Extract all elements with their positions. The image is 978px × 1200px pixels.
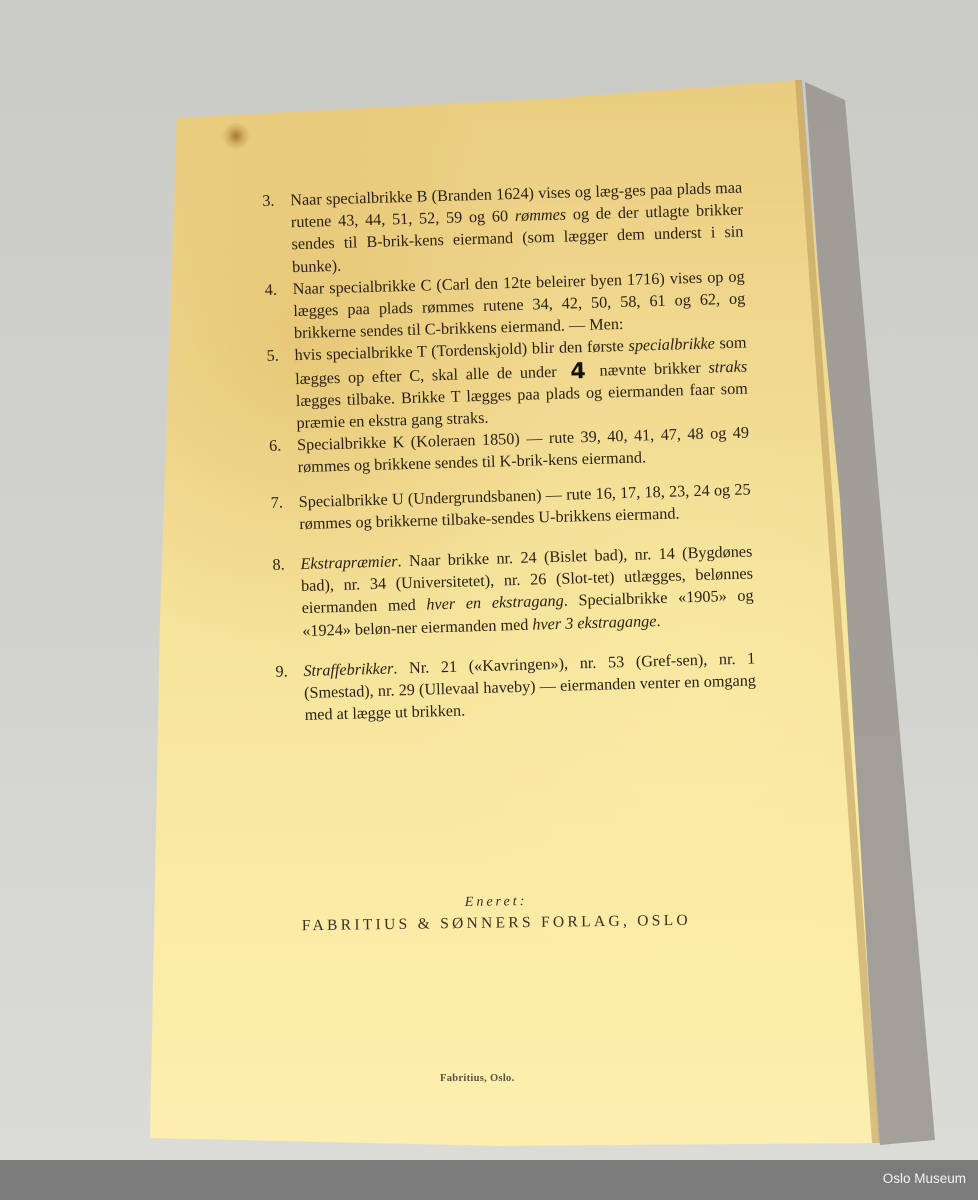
- rule-text: Naar specialbrikke C (Carl den 12te bele…: [292, 265, 746, 344]
- rule-3: 3. Naar specialbrikke B (Branden 1624) v…: [262, 177, 744, 279]
- text-run: .: [656, 612, 661, 630]
- text-run: Naar specialbrikke C (Carl den 12te bele…: [293, 267, 746, 342]
- text-run: nævnte brikker: [591, 358, 708, 379]
- rule-number: 5.: [266, 345, 296, 436]
- rule-text: Naar specialbrikke B (Branden 1624) vise…: [290, 177, 744, 278]
- rule-text: Straffebrikker. Nr. 21 («Kavringen»), nr…: [303, 647, 757, 726]
- italic-text: hver 3 ekstragange: [532, 612, 657, 633]
- italic-text: Ekstrapræmier: [300, 552, 398, 573]
- rule-number: 6.: [269, 434, 298, 479]
- italic-text: specialbrikke: [628, 335, 715, 355]
- imprint: Eneret: FABRITIUS & SØNNERS FORLAG, OSLO: [246, 891, 746, 936]
- rule-8: 8. Ekstrapræmier. Naar brikke nr. 24 (Bi…: [272, 541, 754, 643]
- rule-number: 3.: [262, 189, 292, 279]
- rule-text: Ekstrapræmier. Naar brikke nr. 24 (Bisle…: [300, 541, 754, 642]
- rule-number: 7.: [270, 491, 299, 536]
- museum-credit: Oslo Museum: [883, 1171, 966, 1186]
- rule-9: 9. Straffebrikker. Nr. 21 («Kavringen»),…: [275, 647, 757, 727]
- italic-text: rømmes: [515, 206, 567, 225]
- rules-list: 3. Naar specialbrikke B (Branden 1624) v…: [262, 177, 757, 728]
- italic-text: straks: [708, 357, 747, 376]
- rule-number: 8.: [272, 553, 302, 643]
- rule-number: 4.: [264, 278, 294, 345]
- printer-mark: Fabritius, Oslo.: [440, 1073, 515, 1084]
- rule-7: 7. Specialbrikke U (Undergrundsbanen) — …: [270, 478, 751, 536]
- credit-bar: Oslo Museum: [0, 1160, 978, 1200]
- handwritten-annotation: 4: [564, 360, 592, 383]
- text-run: Specialbrikke U (Undergrundsbanen) — rut…: [298, 480, 750, 533]
- text-run: Specialbrikke K (Koleraen 1850) — rute 3…: [297, 424, 749, 477]
- italic-text: hver en ekstragang: [426, 592, 564, 614]
- rule-5: 5. hvis specialbrikke T (Tordenskjold) b…: [266, 332, 748, 435]
- rule-text: hvis specialbrikke T (Tordenskjold) blir…: [294, 332, 748, 434]
- rule-text: Specialbrikke U (Undergrundsbanen) — rut…: [298, 478, 751, 535]
- italic-text: Straffebrikker: [303, 659, 393, 680]
- rule-number: 9.: [275, 660, 305, 727]
